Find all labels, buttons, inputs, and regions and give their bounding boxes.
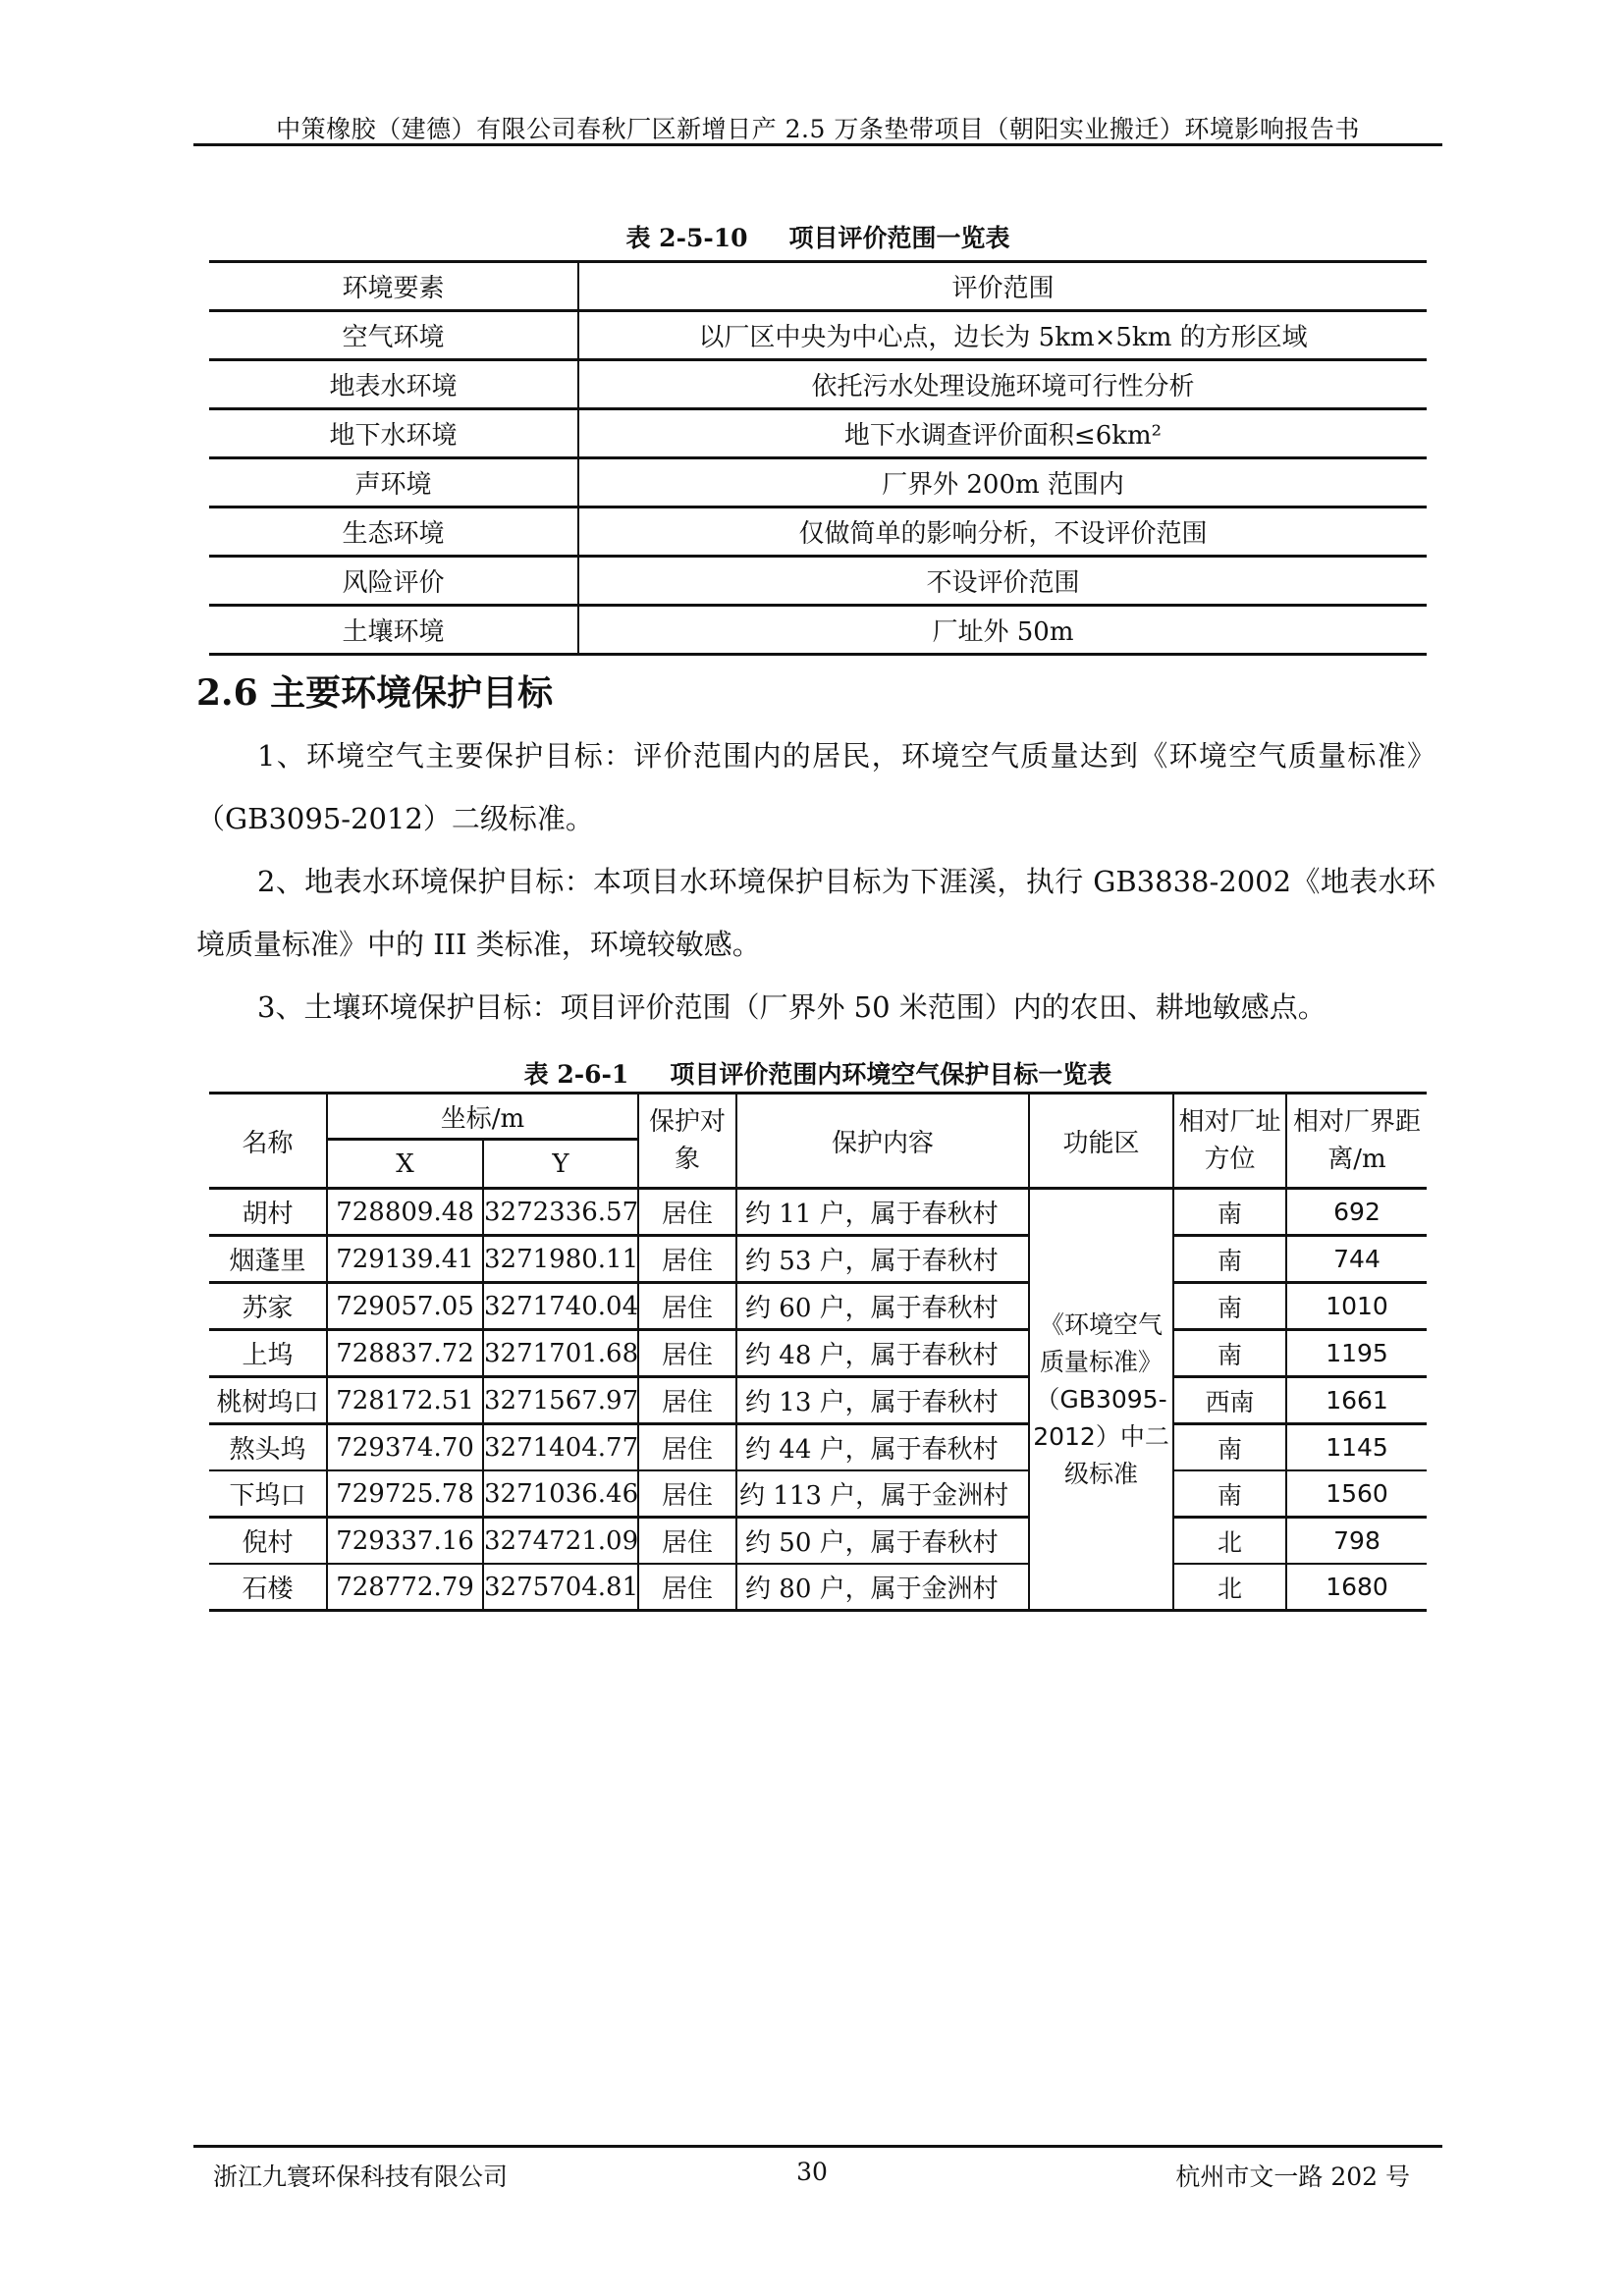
column-header: 环境要素 <box>209 262 578 311</box>
table-cell: 厂址外 50m <box>578 606 1427 655</box>
table-row: 空气环境 以厂区中央为中心点，边长为 5km×5km 的方形区域 <box>209 311 1427 360</box>
table-row: 苏家 729057.05 3271740.04 居住 约 60 户，属于春秋村 … <box>209 1283 1427 1330</box>
cell-name: 烟蓬里 <box>209 1236 327 1283</box>
header-protection-content: 保护内容 <box>736 1094 1029 1189</box>
table-cell: 地下水调查评价面积≤6km² <box>578 409 1427 458</box>
paragraph-text: 1、环境空气主要保护目标：评价范围内的居民，环境空气质量达到《环境空气质量标准》… <box>196 739 1435 835</box>
cell-x: 728809.48 <box>327 1189 483 1236</box>
table-cell: 以厂区中央为中心点，边长为 5km×5km 的方形区域 <box>578 311 1427 360</box>
cell-direction: 南 <box>1173 1283 1286 1330</box>
header-rule <box>193 143 1442 146</box>
cell-y: 3271980.11 <box>483 1236 638 1283</box>
table-row: 地下水环境 地下水调查评价面积≤6km² <box>209 409 1427 458</box>
cell-distance: 798 <box>1286 1518 1427 1565</box>
paragraph-text: 3、土壤环境保护目标：项目评价范围（厂界外 50 米范围）内的农田、耕地敏感点。 <box>257 990 1326 1024</box>
column-header: 评价范围 <box>578 262 1427 311</box>
cell-direction: 北 <box>1173 1564 1286 1611</box>
table-cell: 声环境 <box>209 458 578 507</box>
cell-content: 约 113 户，属于金洲村 <box>736 1470 1029 1518</box>
cell-name: 熬头坞 <box>209 1424 327 1471</box>
table-cell: 地下水环境 <box>209 409 578 458</box>
cell-object: 居住 <box>638 1564 736 1611</box>
cell-x: 729374.70 <box>327 1424 483 1471</box>
cell-content: 约 48 户，属于春秋村 <box>736 1330 1029 1377</box>
header-function-zone: 功能区 <box>1029 1094 1173 1189</box>
cell-content: 约 60 户，属于春秋村 <box>736 1283 1029 1330</box>
cell-content: 约 50 户，属于春秋村 <box>736 1518 1029 1565</box>
caption-title: 项目评价范围一览表 <box>789 224 1010 252</box>
header-name: 名称 <box>209 1094 327 1189</box>
cell-name: 苏家 <box>209 1283 327 1330</box>
cell-distance: 1661 <box>1286 1377 1427 1424</box>
cell-direction: 北 <box>1173 1518 1286 1565</box>
cell-content: 约 53 户，属于春秋村 <box>736 1236 1029 1283</box>
cell-distance: 692 <box>1286 1189 1427 1236</box>
table-scope-caption: 表 2-5-10项目评价范围一览表 <box>193 219 1442 254</box>
table-row: 声环境 厂界外 200m 范围内 <box>209 458 1427 507</box>
footer-rule <box>193 2145 1442 2148</box>
cell-object: 居住 <box>638 1236 736 1283</box>
cell-x: 729725.78 <box>327 1470 483 1518</box>
table-targets-caption: 表 2-6-1项目评价范围内环境空气保护目标一览表 <box>193 1055 1442 1091</box>
table-row: 桃树坞口 728172.51 3271567.97 居住 约 13 户，属于春秋… <box>209 1377 1427 1424</box>
table-header-row: 环境要素 评价范围 <box>209 262 1427 311</box>
table-row: 倪村 729337.16 3274721.09 居住 约 50 户，属于春秋村 … <box>209 1518 1427 1565</box>
cell-y: 3271740.04 <box>483 1283 638 1330</box>
cell-object: 居住 <box>638 1330 736 1377</box>
cell-content: 约 13 户，属于春秋村 <box>736 1377 1029 1424</box>
page-header-title: 中策橡胶（建德）有限公司春秋厂区新增日产 2.5 万条垫带项目（朝阳实业搬迁）环… <box>193 110 1442 145</box>
table-cell: 空气环境 <box>209 311 578 360</box>
cell-object: 居住 <box>638 1189 736 1236</box>
cell-y: 3271567.97 <box>483 1377 638 1424</box>
cell-object: 居住 <box>638 1424 736 1471</box>
caption-title: 项目评价范围内环境空气保护目标一览表 <box>670 1060 1111 1089</box>
cell-y: 3271036.46 <box>483 1470 638 1518</box>
footer-address: 杭州市文一路 202 号 <box>1175 2158 1410 2193</box>
cell-name: 下坞口 <box>209 1470 327 1518</box>
table-cell: 不设评价范围 <box>578 557 1427 606</box>
cell-x: 728837.72 <box>327 1330 483 1377</box>
paragraph-soil: 3、土壤环境保护目标：项目评价范围（厂界外 50 米范围）内的农田、耕地敏感点。 <box>196 976 1435 1039</box>
table-cell: 风险评价 <box>209 557 578 606</box>
cell-name: 桃树坞口 <box>209 1377 327 1424</box>
header-x: X <box>327 1140 483 1189</box>
table-cell: 依托污水处理设施环境可行性分析 <box>578 360 1427 409</box>
table-cell: 生态环境 <box>209 507 578 557</box>
cell-direction: 南 <box>1173 1470 1286 1518</box>
header-distance: 相对厂界距离/m <box>1286 1094 1427 1189</box>
cell-y: 3275704.81 <box>483 1564 638 1611</box>
caption-number: 表 2-6-1 <box>524 1060 629 1089</box>
cell-content: 约 80 户，属于金洲村 <box>736 1564 1029 1611</box>
paragraph-water: 2、地表水环境保护目标：本项目水环境保护目标为下涯溪，执行 GB3838-200… <box>196 850 1435 976</box>
table-row: 烟蓬里 729139.41 3271980.11 居住 约 53 户，属于春秋村… <box>209 1236 1427 1283</box>
table-row: 土壤环境 厂址外 50m <box>209 606 1427 655</box>
cell-object: 居住 <box>638 1518 736 1565</box>
cell-direction: 西南 <box>1173 1377 1286 1424</box>
cell-object: 居住 <box>638 1470 736 1518</box>
table-row: 生态环境 仅做简单的影响分析，不设评价范围 <box>209 507 1427 557</box>
table-row: 熬头坞 729374.70 3271404.77 居住 约 44 户，属于春秋村… <box>209 1424 1427 1471</box>
table-cell: 土壤环境 <box>209 606 578 655</box>
table-cell: 厂界外 200m 范围内 <box>578 458 1427 507</box>
cell-object: 居住 <box>638 1377 736 1424</box>
cell-direction: 南 <box>1173 1424 1286 1471</box>
header-coordinates: 坐标/m <box>327 1094 638 1140</box>
cell-name: 上坞 <box>209 1330 327 1377</box>
header-direction: 相对厂址方位 <box>1173 1094 1286 1189</box>
evaluation-scope-table: 环境要素 评价范围 空气环境 以厂区中央为中心点，边长为 5km×5km 的方形… <box>209 260 1427 656</box>
cell-name: 胡村 <box>209 1189 327 1236</box>
cell-x: 729337.16 <box>327 1518 483 1565</box>
table-cell: 仅做简单的影响分析，不设评价范围 <box>578 507 1427 557</box>
cell-y: 3271404.77 <box>483 1424 638 1471</box>
cell-distance: 1010 <box>1286 1283 1427 1330</box>
paragraph-text: 2、地表水环境保护目标：本项目水环境保护目标为下涯溪，执行 GB3838-200… <box>196 865 1435 961</box>
cell-y: 3274721.09 <box>483 1518 638 1565</box>
caption-number: 表 2-5-10 <box>625 224 747 252</box>
cell-distance: 1680 <box>1286 1564 1427 1611</box>
cell-x: 728172.51 <box>327 1377 483 1424</box>
header-y: Y <box>483 1140 638 1189</box>
cell-x: 729139.41 <box>327 1236 483 1283</box>
cell-content: 约 11 户，属于春秋村 <box>736 1189 1029 1236</box>
table-row: 下坞口 729725.78 3271036.46 居住 约 113 户，属于金洲… <box>209 1470 1427 1518</box>
cell-distance: 1560 <box>1286 1470 1427 1518</box>
table-row: 石楼 728772.79 3275704.81 居住 约 80 户，属于金洲村 … <box>209 1564 1427 1611</box>
cell-object: 居住 <box>638 1283 736 1330</box>
cell-x: 728772.79 <box>327 1564 483 1611</box>
cell-y: 3272336.57 <box>483 1189 638 1236</box>
cell-distance: 1145 <box>1286 1424 1427 1471</box>
cell-x: 729057.05 <box>327 1283 483 1330</box>
header-protected-object: 保护对象 <box>638 1094 736 1189</box>
cell-distance: 744 <box>1286 1236 1427 1283</box>
cell-name: 石楼 <box>209 1564 327 1611</box>
table-header-row: 名称 坐标/m 保护对象 保护内容 功能区 相对厂址方位 相对厂界距离/m <box>209 1094 1427 1140</box>
table-row: 胡村 728809.48 3272336.57 居住 约 11 户，属于春秋村 … <box>209 1189 1427 1236</box>
table-cell: 地表水环境 <box>209 360 578 409</box>
cell-direction: 南 <box>1173 1330 1286 1377</box>
section-heading: 2.6 主要环境保护目标 <box>196 666 553 716</box>
cell-content: 约 44 户，属于春秋村 <box>736 1424 1029 1471</box>
cell-function-zone: 《环境空气质量标准》（GB3095-2012）中二级标准 <box>1029 1189 1173 1611</box>
paragraph-air: 1、环境空气主要保护目标：评价范围内的居民，环境空气质量达到《环境空气质量标准》… <box>196 724 1435 850</box>
table-row: 风险评价 不设评价范围 <box>209 557 1427 606</box>
table-row: 上坞 728837.72 3271701.68 居住 约 48 户，属于春秋村 … <box>209 1330 1427 1377</box>
air-protection-targets-table: 名称 坐标/m 保护对象 保护内容 功能区 相对厂址方位 相对厂界距离/m X … <box>209 1092 1427 1612</box>
cell-y: 3271701.68 <box>483 1330 638 1377</box>
cell-direction: 南 <box>1173 1189 1286 1236</box>
table-row: 地表水环境 依托污水处理设施环境可行性分析 <box>209 360 1427 409</box>
cell-direction: 南 <box>1173 1236 1286 1283</box>
cell-distance: 1195 <box>1286 1330 1427 1377</box>
cell-name: 倪村 <box>209 1518 327 1565</box>
